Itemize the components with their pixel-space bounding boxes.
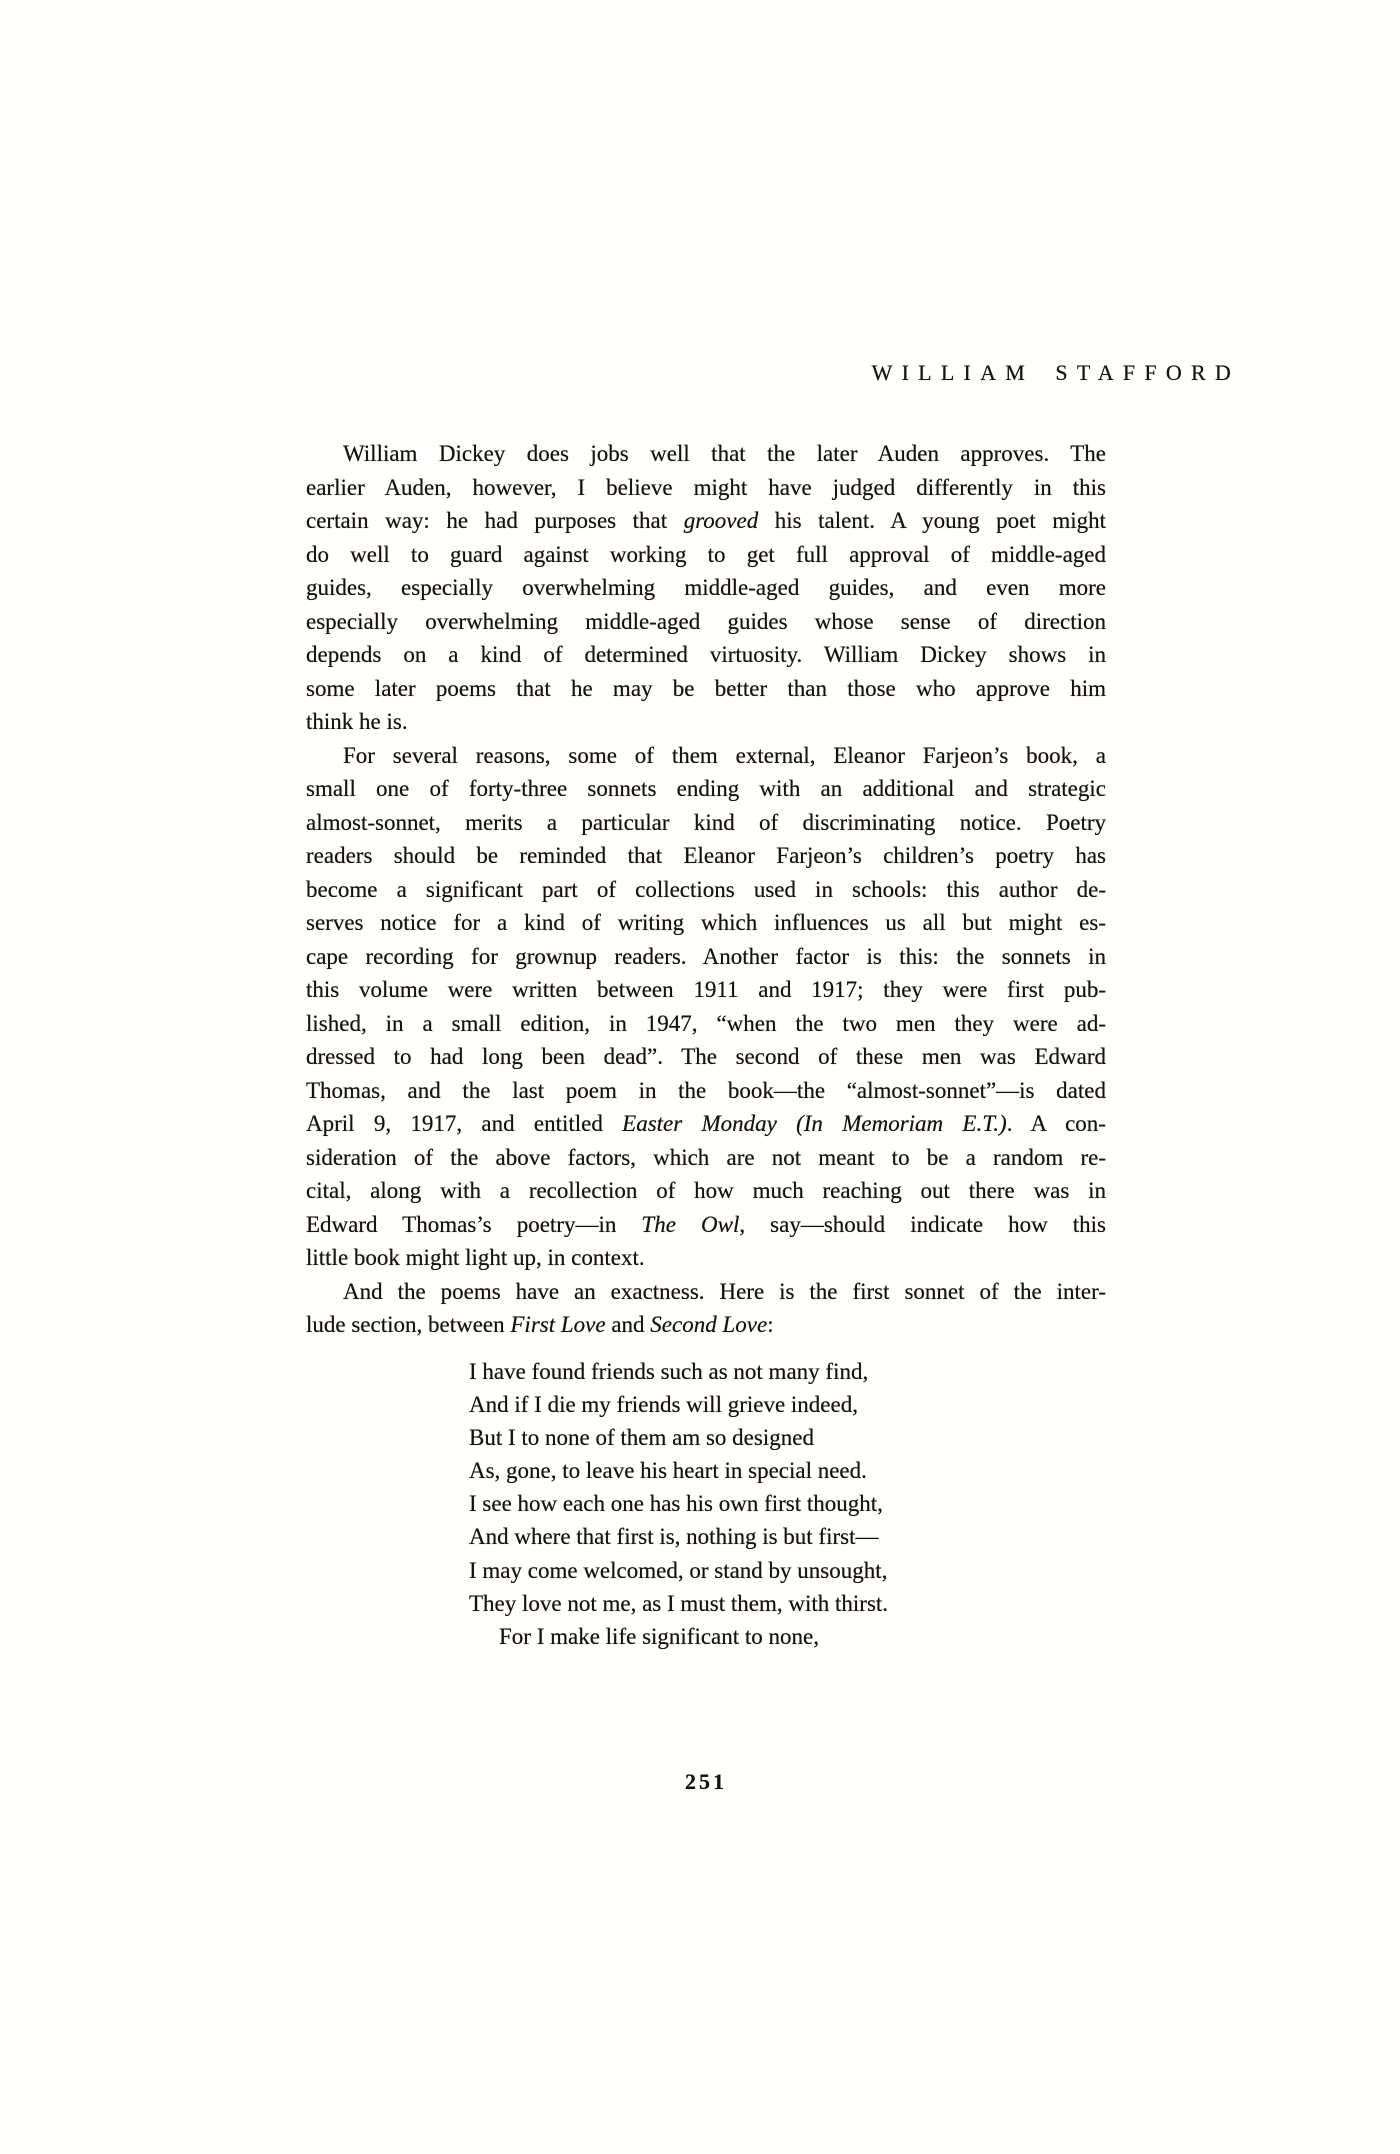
text-run: his talent. A young poet might [758, 508, 1106, 533]
text-line: As, gone, to leave his heart in special … [469, 1454, 1106, 1487]
text-run: William Dickey does jobs well that the l… [343, 441, 1106, 466]
text-run: And where that first is, nothing is but … [469, 1524, 879, 1549]
text-line: small one of forty-three sonnets ending … [306, 772, 1106, 806]
text-block: William Dickey does jobs well that the l… [306, 437, 1106, 1653]
text-run: readers should be reminded that Eleanor … [306, 843, 1106, 868]
text-run: I have found friends such as not many fi… [469, 1359, 868, 1384]
text-run: For I make life significant to none, [499, 1624, 819, 1649]
text-run: small one of forty-three sonnets ending … [306, 776, 1106, 801]
text-line: I may come welcomed, or stand by unsough… [469, 1554, 1106, 1587]
text-run: , say—should indicate how this [739, 1212, 1106, 1237]
text-run: depends on a kind of determined virtuosi… [306, 642, 1106, 667]
text-run: do well to guard against working to get … [306, 542, 1106, 567]
text-run: I may come welcomed, or stand by unsough… [469, 1558, 887, 1583]
text-run: lished, in a small edition, in 1947, “wh… [306, 1011, 1106, 1036]
text-run: lude section, between [306, 1312, 510, 1337]
text-line: dressed to had long been dead”. The seco… [306, 1040, 1106, 1074]
text-run: cital, along with a recollection of how … [306, 1178, 1106, 1203]
text-run: certain way: he had purposes that [306, 508, 684, 533]
text-run: guides, especially overwhelming middle-a… [306, 575, 1106, 600]
text-line: depends on a kind of determined virtuosi… [306, 638, 1106, 672]
text-run: this volume were written between 1911 an… [306, 977, 1106, 1002]
text-line: cital, along with a recollection of how … [306, 1174, 1106, 1208]
text-run: serves notice for a kind of writing whic… [306, 910, 1106, 935]
page-number: 251 [306, 1769, 1106, 1795]
text-run: April 9, 1917, and entitled [306, 1111, 622, 1136]
text-line: certain way: he had purposes that groove… [306, 504, 1106, 538]
text-run: dressed to had long been dead”. The seco… [306, 1044, 1106, 1069]
text-run: earlier Auden, however, I believe might … [306, 475, 1106, 500]
paragraph-2: For several reasons, some of them extern… [306, 739, 1106, 1275]
text-line: Edward Thomas’s poetry—in The Owl, say—s… [306, 1208, 1106, 1242]
text-line: And if I die my friends will grieve inde… [469, 1388, 1106, 1421]
paragraph-3: And the poems have an exactness. Here is… [306, 1275, 1106, 1342]
text-line: readers should be reminded that Eleanor … [306, 839, 1106, 873]
text-run: As, gone, to leave his heart in special … [469, 1458, 867, 1483]
text-line: sideration of the above factors, which a… [306, 1141, 1106, 1175]
text-run: some later poems that he may be better t… [306, 676, 1106, 701]
text-run: . A con- [1007, 1111, 1106, 1136]
text-line: especially overwhelming middle-aged guid… [306, 605, 1106, 639]
text-line: this volume were written between 1911 an… [306, 973, 1106, 1007]
book-page: WILLIAM STAFFORD William Dickey does job… [0, 0, 1400, 2154]
text-line: become a significant part of collections… [306, 873, 1106, 907]
text-run: : [767, 1312, 773, 1337]
text-line: And where that first is, nothing is but … [469, 1520, 1106, 1553]
text-line: For I make life significant to none, [469, 1620, 1106, 1653]
poem-block: I have found friends such as not many fi… [306, 1355, 1106, 1654]
italic-text-run: The Owl [641, 1212, 739, 1237]
text-line: William Dickey does jobs well that the l… [306, 437, 1106, 471]
text-run: little book might light up, in context. [306, 1245, 645, 1270]
text-line: cape recording for grownup readers. Anot… [306, 940, 1106, 974]
text-line: I have found friends such as not many fi… [469, 1355, 1106, 1388]
text-line: guides, especially overwhelming middle-a… [306, 571, 1106, 605]
text-run: Edward Thomas’s poetry—in [306, 1212, 641, 1237]
text-run: cape recording for grownup readers. Anot… [306, 944, 1106, 969]
text-run: become a significant part of collections… [306, 877, 1106, 902]
text-run: And the poems have an exactness. Here is… [343, 1279, 1106, 1304]
text-run: Thomas, and the last poem in the book—th… [306, 1078, 1106, 1103]
text-line: lished, in a small edition, in 1947, “wh… [306, 1007, 1106, 1041]
text-run: I see how each one has his own first tho… [469, 1491, 883, 1516]
italic-text-run: First Love [510, 1312, 605, 1337]
paragraph-1: William Dickey does jobs well that the l… [306, 437, 1106, 739]
text-run: and [606, 1312, 651, 1337]
text-line: I see how each one has his own first tho… [469, 1487, 1106, 1520]
running-header: WILLIAM STAFFORD [872, 360, 1240, 386]
text-run: For several reasons, some of them extern… [343, 743, 1106, 768]
italic-text-run: grooved [684, 508, 759, 533]
text-line: some later poems that he may be better t… [306, 672, 1106, 706]
text-run: sideration of the above factors, which a… [306, 1145, 1106, 1170]
italic-text-run: Second Love [650, 1312, 767, 1337]
text-line: earlier Auden, however, I believe might … [306, 471, 1106, 505]
text-run: think he is. [306, 709, 408, 734]
text-line: And the poems have an exactness. Here is… [306, 1275, 1106, 1309]
text-line: serves notice for a kind of writing whic… [306, 906, 1106, 940]
text-line: April 9, 1917, and entitled Easter Monda… [306, 1107, 1106, 1141]
text-line: think he is. [306, 705, 1106, 739]
text-run: almost-sonnet, merits a particular kind … [306, 810, 1106, 835]
text-run: They love not me, as I must them, with t… [469, 1591, 888, 1616]
text-line: little book might light up, in context. [306, 1241, 1106, 1275]
text-run: But I to none of them am so designed [469, 1425, 814, 1450]
text-line: almost-sonnet, merits a particular kind … [306, 806, 1106, 840]
text-run: especially overwhelming middle-aged guid… [306, 609, 1106, 634]
text-line: do well to guard against working to get … [306, 538, 1106, 572]
text-line: They love not me, as I must them, with t… [469, 1587, 1106, 1620]
text-line: lude section, between First Love and Sec… [306, 1308, 1106, 1342]
text-line: For several reasons, some of them extern… [306, 739, 1106, 773]
text-line: But I to none of them am so designed [469, 1421, 1106, 1454]
text-run: And if I die my friends will grieve inde… [469, 1392, 858, 1417]
italic-text-run: Easter Monday (In Memoriam E.T.) [622, 1111, 1007, 1136]
text-line: Thomas, and the last poem in the book—th… [306, 1074, 1106, 1108]
